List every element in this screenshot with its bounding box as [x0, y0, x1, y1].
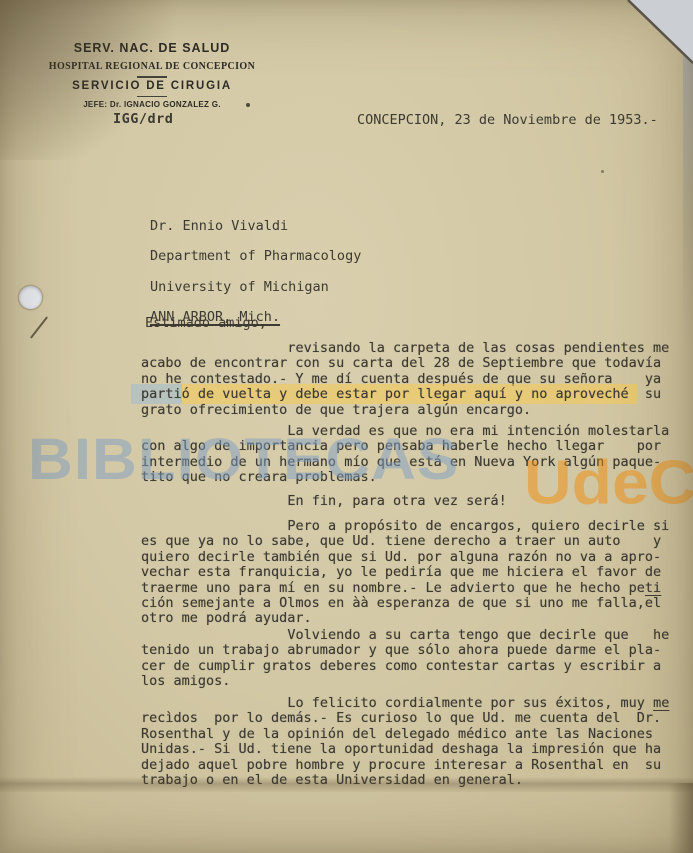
- paragraph-3-text: Pero a propósito de encargos, quiero dec…: [141, 518, 669, 596]
- corner-shadow: [669, 783, 693, 853]
- letterhead-divider: [137, 96, 167, 98]
- paper-edge-shading: [683, 50, 693, 350]
- paragraph-en-fin: En fin, para otra vez será!: [141, 494, 686, 509]
- recipient-department: Department of Pharmacology: [150, 248, 361, 264]
- letterhead: SERV. NAC. DE SALUD HOSPITAL REGIONAL DE…: [40, 41, 264, 110]
- paragraph-4: Volviendo a su carta tengo que decirle q…: [141, 628, 686, 690]
- letterhead-org: SERV. NAC. DE SALUD: [40, 41, 264, 55]
- recipient-university: University of Michigan: [150, 279, 329, 295]
- letterhead-chief: JEFE: Dr. IGNACIO GONZALEZ G.: [40, 100, 264, 110]
- letterhead-service: SERVICIO DE CIRUGIA: [40, 80, 264, 93]
- salutation: Estimado amigo,: [145, 315, 267, 331]
- dateline: CONCEPCION, 23 de Noviembre de 1953.-: [357, 112, 658, 128]
- paragraph-3-text: ción semejante a Olmos en àà esperanza d…: [141, 595, 661, 626]
- paragraph-5: Lo felicito cordialmente por sus éxitos,…: [141, 696, 686, 788]
- recipient-name: Dr. Ennio Vivaldi: [150, 218, 288, 234]
- underlined-segment: me: [653, 695, 669, 711]
- scratch-mark: [30, 316, 48, 339]
- scanned-letter-page: SERV. NAC. DE SALUD HOSPITAL REGIONAL DE…: [0, 0, 693, 853]
- paragraph-1: revisando la carpeta de las cosas pendie…: [141, 341, 686, 418]
- letterhead-divider: [137, 76, 167, 78]
- paper-speck: [601, 170, 604, 173]
- paragraph-3: Pero a propósito de encargos, quiero dec…: [141, 519, 686, 627]
- paper-speck: [246, 103, 250, 107]
- reference-initials: IGG/drd: [113, 111, 173, 127]
- hole-punch: [19, 286, 42, 309]
- torn-corner-scanner-background: [611, 0, 693, 70]
- recipient-address: Dr. Ennio Vivaldi Department of Pharmaco…: [150, 219, 361, 325]
- underlined-segment: ti: [645, 580, 661, 596]
- paragraph-1-text: revisando la carpeta de las cosas pendie…: [141, 340, 669, 387]
- paragraph-2: La verdad es que no era mi intención mol…: [141, 424, 686, 486]
- paragraph-5-text: Lo felicito cordialmente por sus éxitos,…: [141, 695, 653, 711]
- letterhead-hospital: HOSPITAL REGIONAL DE CONCEPCION: [40, 61, 264, 73]
- paragraph-5-text: recìdos por lo demás.- Es curioso lo que…: [141, 710, 661, 788]
